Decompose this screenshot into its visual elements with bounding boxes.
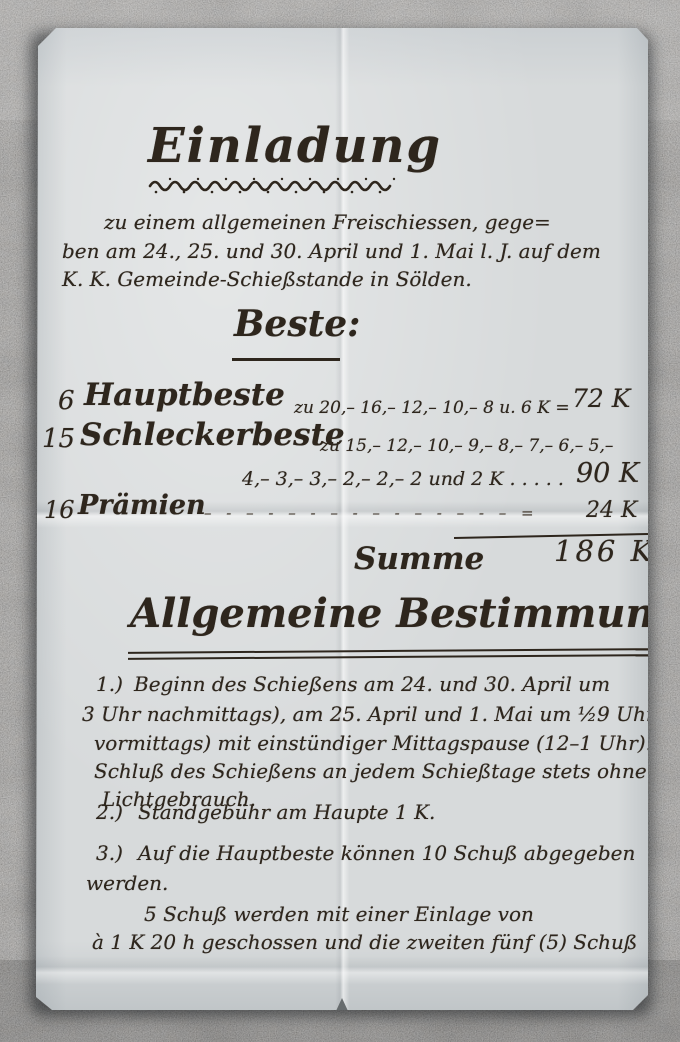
bestimmungen-heading: Allgemeine Bestimmungen: (130, 594, 680, 634)
item-number: 2.) (96, 802, 123, 822)
prize-amount: 72 K (572, 386, 630, 411)
item-line: Standgebühr am Haupte 1 K. (138, 802, 435, 822)
title-squiggle-underline-icon (148, 176, 400, 196)
photo-of-document: Einladung zu einem allgemeinen Freischie… (0, 0, 680, 1042)
item-line: Auf die Hauptbeste können 10 Schuß abgeg… (138, 843, 635, 863)
bestimmungen-underline (128, 648, 650, 654)
bestimmungen-underline (128, 654, 650, 660)
prize-count: 16 (44, 498, 75, 522)
item-line: werden. (86, 873, 168, 893)
prize-detail: zu 20,– 16,– 12,– 10,– 8 u. 6 K = (294, 400, 570, 417)
bottom-fold-notch (336, 998, 348, 1011)
summe-value: 186 K (554, 537, 655, 566)
invitation-paper: Einladung zu einem allgemeinen Freischie… (36, 28, 648, 1010)
item-number: 1.) (96, 674, 123, 694)
prize-amount: 90 K (576, 460, 639, 487)
closing-line: à 1 K 20 h geschossen und die zweiten fü… (92, 932, 637, 952)
summe-label: Summe (354, 544, 484, 575)
intro-line: zu einem allgemeinen Freischiessen, gege… (104, 212, 551, 232)
item-line: vormittags) mit einstündiger Mittagspaus… (94, 733, 652, 753)
prize-count: 6 (58, 388, 75, 414)
item-number: 3.) (96, 843, 123, 863)
dotted-leader: – - – - – - – - – - – - – - – = (204, 506, 539, 521)
intro-line: K. K. Gemeinde-Schießstande in Sölden. (62, 269, 472, 289)
prize-amount: 24 K (586, 500, 637, 522)
intro-line: ben am 24., 25. und 30. April und 1. Mai… (62, 241, 601, 261)
beste-heading-underline (232, 358, 340, 361)
item-line: 3 Uhr nachmittags), am 25. April und 1. … (82, 704, 655, 724)
beste-heading: Beste: (234, 306, 360, 342)
prize-detail: zu 15,– 12,– 10,– 9,– 8,– 7,– 6,– 5,– (320, 438, 613, 455)
document-title: Einladung (148, 122, 442, 170)
item-line: Beginn des Schießens am 24. und 30. Apri… (134, 674, 610, 694)
prize-name: Prämien (78, 492, 206, 519)
prize-name: Hauptbeste (84, 380, 285, 411)
closing-line: 5 Schuß werden mit einer Einlage von (144, 904, 534, 924)
prize-name: Schleckerbeste (80, 420, 345, 451)
prize-count: 15 (42, 426, 75, 452)
item-line: Schluß des Schießens an jedem Schießtage… (94, 761, 647, 781)
prize-detail-continued: 4,– 3,– 3,– 2,– 2,– 2 und 2 K . . . . . (242, 470, 564, 489)
